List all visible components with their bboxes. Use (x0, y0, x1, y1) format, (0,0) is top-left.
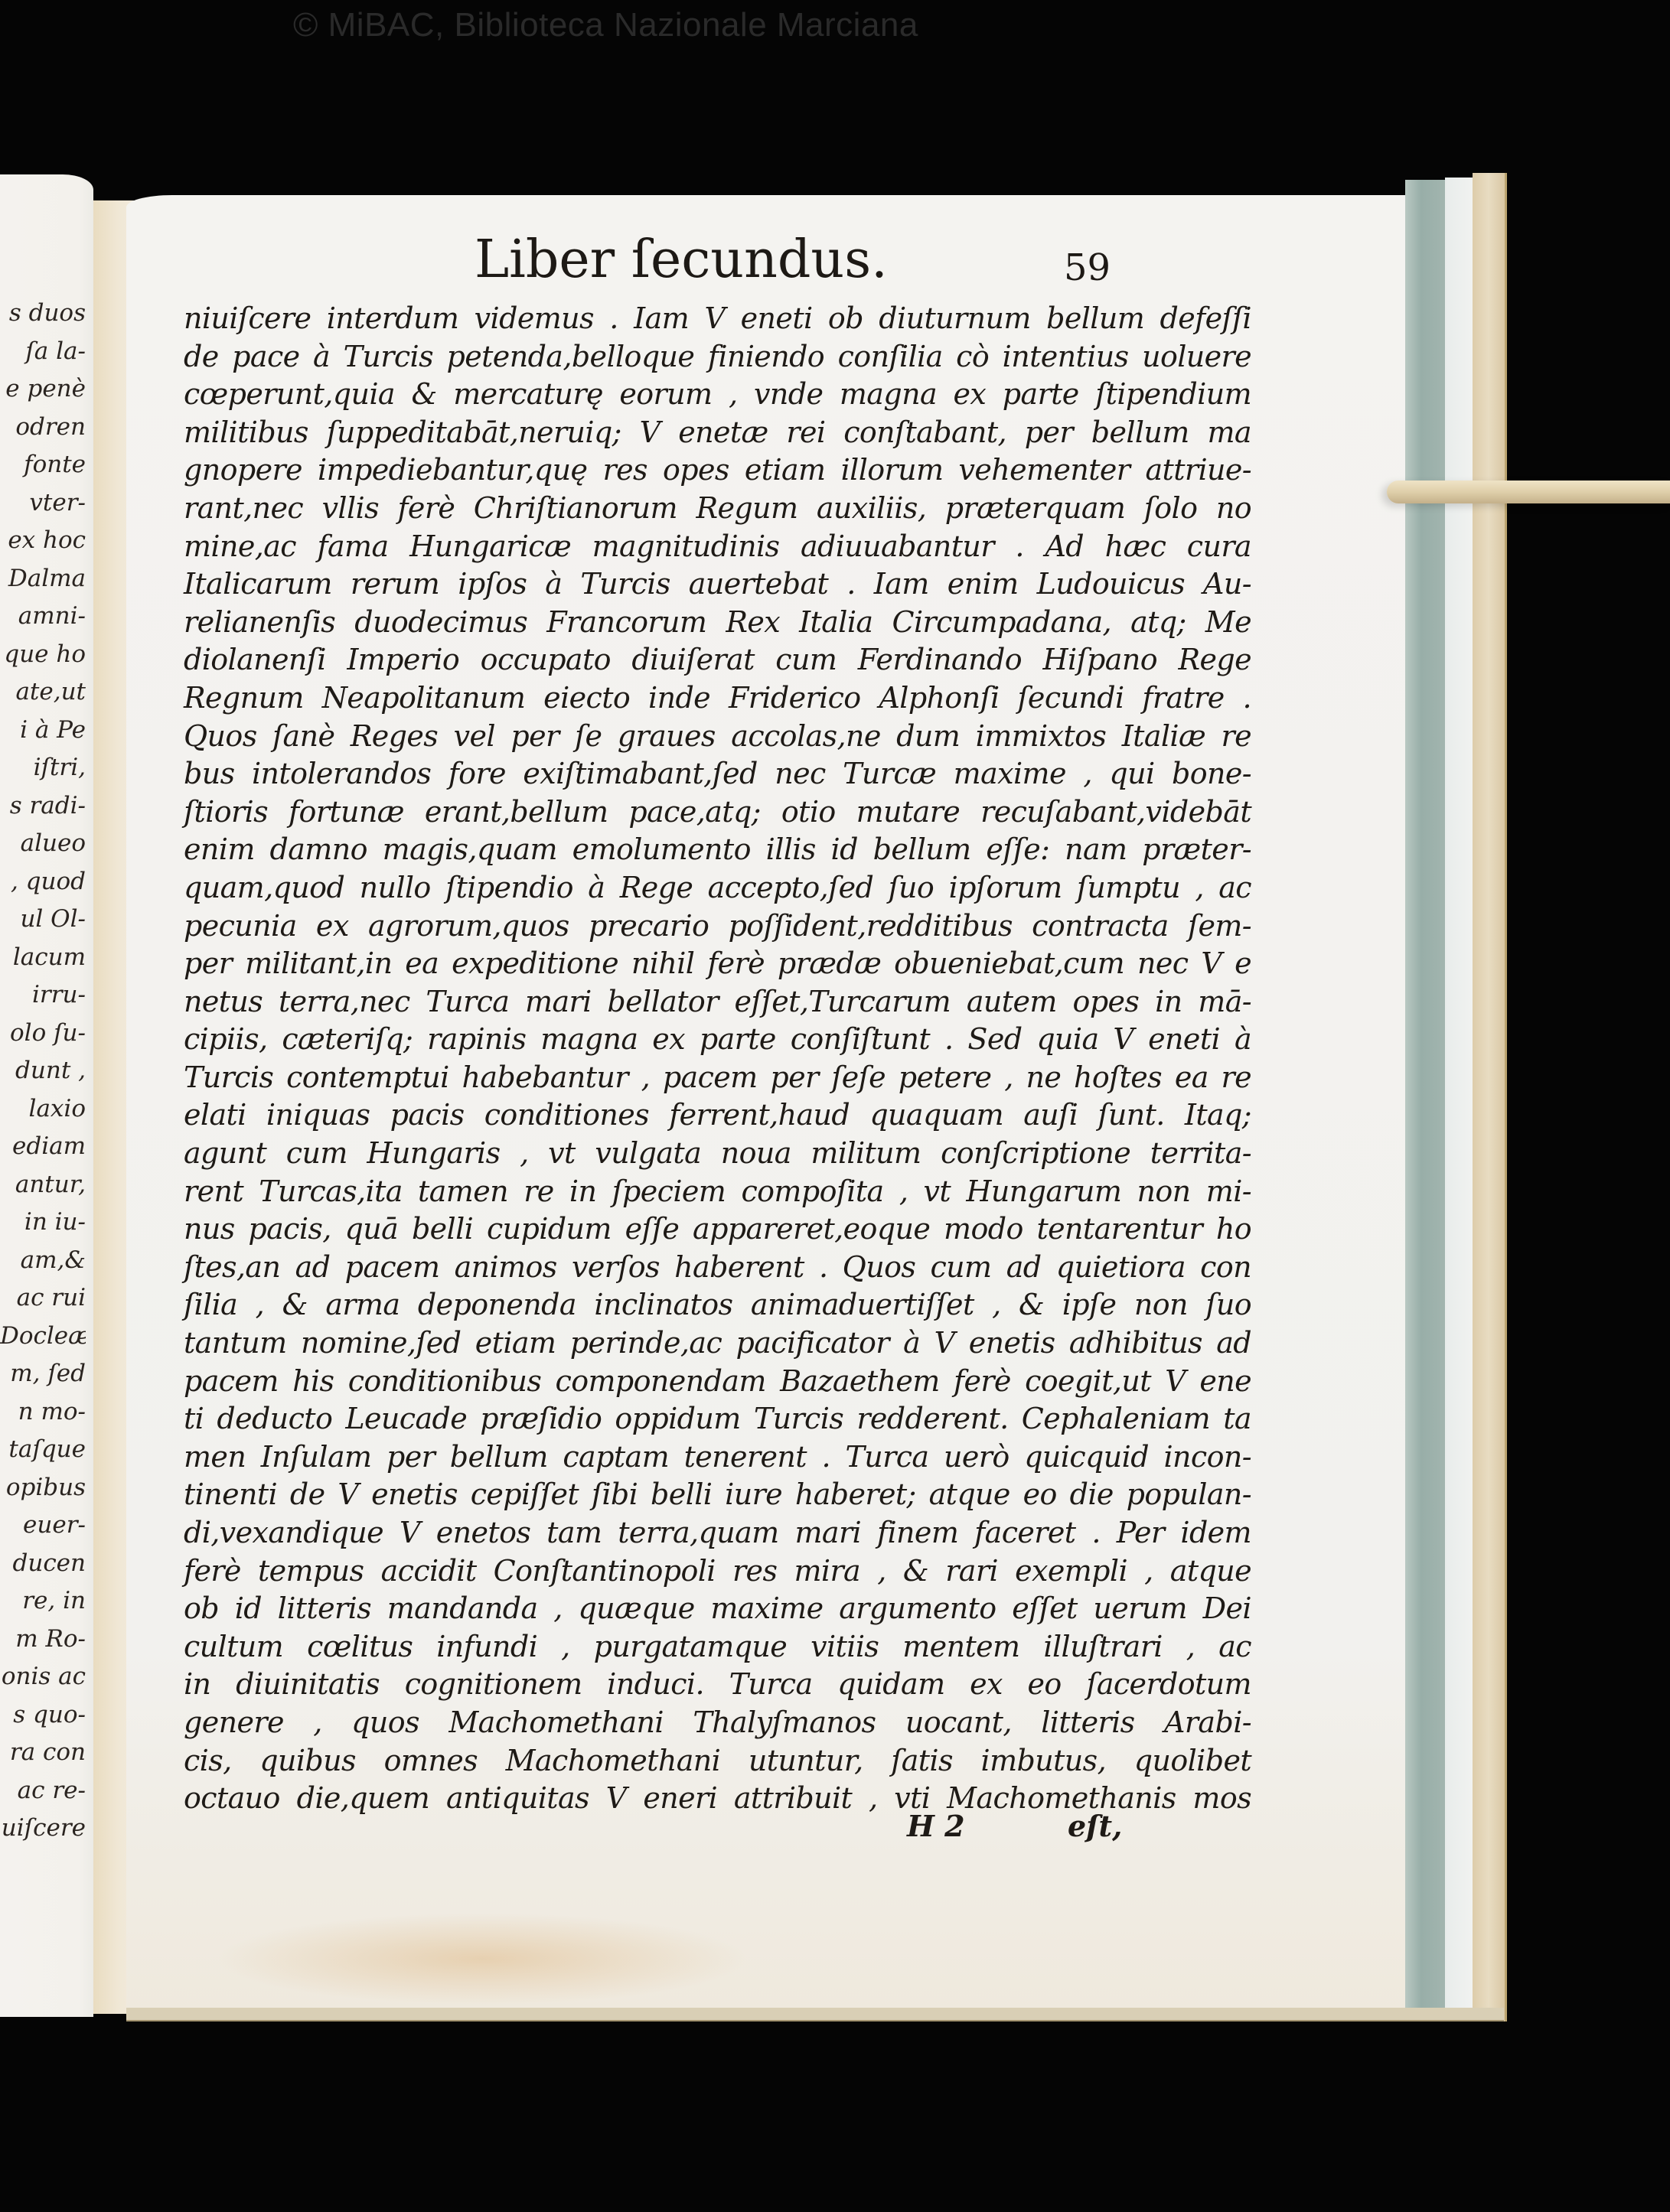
left-text-line: ſa la- (0, 333, 86, 371)
text-line: quam,quod nullo ſtipendio à Rege accepto… (184, 869, 1251, 907)
text-line: ſtioris fortunæ erant,bellum pace,atq; o… (184, 793, 1251, 832)
text-line: Italicarum rerum ipſos à Turcis auerteba… (184, 565, 1251, 604)
left-text-line: euer- (0, 1507, 86, 1545)
left-text-line: ducen (0, 1545, 86, 1583)
text-line: netus terra,nec Turca mari bellator eſſe… (184, 983, 1251, 1021)
left-text-line: olo ſu- (0, 1015, 86, 1053)
left-text-line: irru- (0, 976, 86, 1015)
text-line: cipiis, cæteriſq; rapinis magna ex parte… (184, 1021, 1251, 1059)
text-line: Quos ſanè Reges vel per ſe graues accola… (184, 718, 1251, 756)
left-text-line: m Ro- (0, 1621, 86, 1659)
cover-bottom-edge (126, 2008, 1504, 2021)
signature-mark: H 2 (907, 1809, 965, 1843)
text-line: ſtes,an ad pacem animos verſos haberent … (184, 1249, 1251, 1287)
text-line: cœperunt,quia & mercaturę eorum , vnde m… (184, 376, 1251, 414)
text-line: genere , quos Machomethani Thalyſmanos u… (184, 1704, 1251, 1742)
running-head: Liber ſecundus. (475, 230, 888, 290)
text-line: ti deducto Leucade præſidio oppidum Turc… (184, 1400, 1251, 1438)
text-line: mine,ac fama Hungaricæ magnitudinis adiu… (184, 528, 1251, 566)
left-page-text: s duosſa la-e penèodrenfontevter-ex hocD… (0, 295, 86, 1848)
left-text-line: ac re- (0, 1772, 86, 1810)
left-text-line: m, ſed (0, 1355, 86, 1393)
text-line: Regnum Neapolitanum eiecto inde Frideric… (184, 679, 1251, 718)
left-text-line: i à Pe (0, 712, 86, 750)
left-text-line: fonte (0, 446, 86, 484)
text-line: di,vexandique V enetos tam terra,quam ma… (184, 1514, 1251, 1552)
left-text-line: ediam (0, 1128, 86, 1166)
text-line: de pace à Turcis petenda,belloque finien… (184, 338, 1251, 376)
text-line: ob id litteris mandanda , quæque maxime … (184, 1590, 1251, 1628)
text-line: niuiſcere interdum videmus . Iam V eneti… (184, 300, 1251, 338)
text-line: rant,nec vllis ferè Chriſtianorum Regum … (184, 490, 1251, 528)
text-line: diolanenſi Imperio occupato diuiſerat cu… (184, 641, 1251, 679)
text-line: Turcis contemptui habebantur , pacem per… (184, 1059, 1251, 1097)
text-line: bus intolerandos fore exiſtimabant,ſed n… (184, 755, 1251, 793)
left-text-line: iſtri, (0, 749, 86, 787)
left-text-line: amni- (0, 598, 86, 636)
text-line: ferè tempus accidit Conſtantinopoli res … (184, 1552, 1251, 1591)
left-text-line: alueo (0, 825, 86, 863)
text-line: cultum cœlitus infundi , purgatamque vit… (184, 1628, 1251, 1666)
left-text-line: s duos (0, 295, 86, 333)
left-text-line: ac rui (0, 1279, 86, 1318)
left-text-line: s radi- (0, 787, 86, 826)
left-text-line: uiſcere (0, 1810, 86, 1848)
left-text-line: , quod (0, 863, 86, 901)
left-text-line: n mo- (0, 1393, 86, 1432)
left-text-line: Dalma (0, 560, 86, 598)
left-text-line: laxio (0, 1090, 86, 1129)
page-fore-edge (1405, 180, 1445, 2015)
text-line: cis, quibus omnes Machomethani utuntur, … (184, 1742, 1251, 1780)
left-text-line: am,& (0, 1242, 86, 1280)
text-line: elati iniquas pacis conditiones ferrent,… (184, 1096, 1251, 1135)
page-number: 59 (1064, 246, 1111, 289)
text-line: ſilia , & arma deponenda inclinatos anim… (184, 1286, 1251, 1324)
text-line: in diuinitatis cognitionem induci. Turca… (184, 1666, 1251, 1704)
text-line: tantum nomine,ſed etiam perinde,ac pacif… (184, 1324, 1251, 1363)
left-text-line: in iu- (0, 1204, 86, 1242)
left-text-line: ra con (0, 1734, 86, 1772)
text-line: enim damno magis,quam emolumento illis i… (184, 831, 1251, 869)
text-line: militibus ſuppeditabāt,neruiq; V enetæ r… (184, 414, 1251, 452)
left-text-line: que ho (0, 636, 86, 674)
left-text-line: Docleæ (0, 1318, 86, 1356)
left-text-line: opibus (0, 1469, 86, 1507)
text-line: pecunia ex agrorum,quos precario poſſide… (184, 907, 1251, 946)
left-text-line: lacum (0, 939, 86, 977)
left-text-line: ate,ut (0, 673, 86, 712)
text-line: pacem his conditionibus componendam Baza… (184, 1363, 1251, 1401)
text-line: men Inſulam per bellum captam tenerent .… (184, 1438, 1251, 1477)
text-line: rent Turcas,ita tamen re in ſpeciem comp… (184, 1173, 1251, 1211)
text-line: tinenti de V enetis cepiſſet ſibi belli … (184, 1476, 1251, 1514)
left-text-line: onis ac (0, 1658, 86, 1696)
page-edge-white (1445, 178, 1475, 2014)
left-text-line: s quo- (0, 1696, 86, 1735)
text-line: nus pacis, quā belli cupidum eſſe appare… (184, 1210, 1251, 1249)
left-text-line: antur, (0, 1166, 86, 1204)
left-text-line: re, in (0, 1582, 86, 1621)
text-line: per militant,in ea expeditione nihil fer… (184, 945, 1251, 983)
copyright-watermark: © MiBAC, Biblioteca Nazionale Marciana (293, 6, 918, 44)
text-line: agunt cum Hungaris , vt vulgata noua mil… (184, 1135, 1251, 1173)
body-text: niuiſcere interdum videmus . Iam V eneti… (184, 300, 1251, 1818)
foxing-stain (214, 1913, 750, 2005)
catchword: eſt, (1068, 1809, 1122, 1843)
vellum-cover-edge (1473, 173, 1507, 2021)
page-holder-stick (1387, 481, 1670, 503)
left-text-line: e penè (0, 370, 86, 409)
left-text-line: dunt , (0, 1052, 86, 1090)
text-line: gnopere impediebantur,quę res opes etiam… (184, 451, 1251, 490)
left-text-line: ul Ol- (0, 901, 86, 939)
left-text-line: taſque (0, 1431, 86, 1469)
left-text-line: ex hoc (0, 522, 86, 560)
text-line: relianenſis duodecimus Francorum Rex Ita… (184, 604, 1251, 642)
left-text-line: odren (0, 409, 86, 447)
left-text-line: vter- (0, 484, 86, 523)
